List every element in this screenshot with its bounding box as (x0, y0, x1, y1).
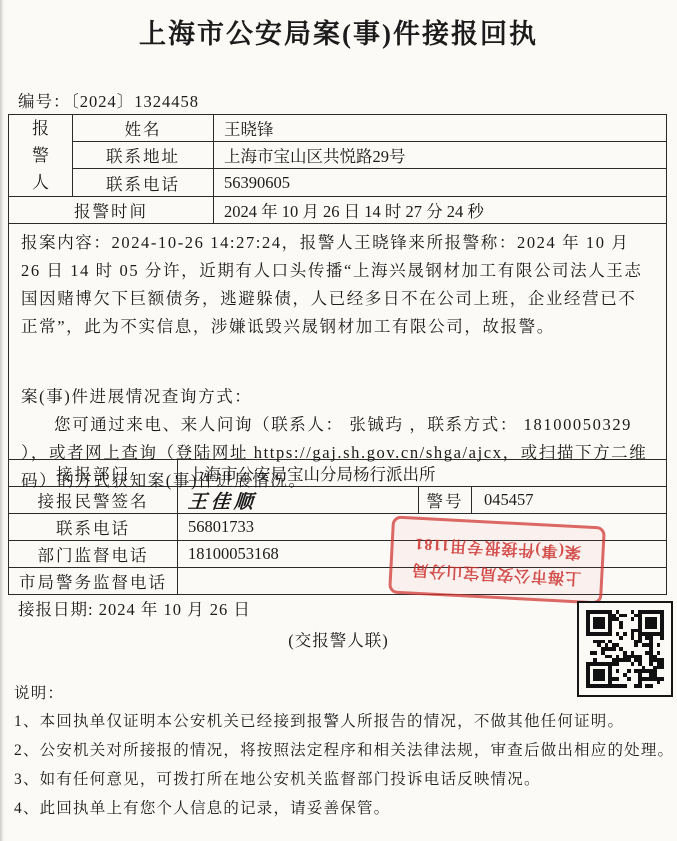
field-label-city-supervise: 市局警务监督电话 (9, 568, 178, 594)
notes-list: 1、本回执单仅证明本公安机关已经接到报警人所报告的情况，不做其他任何证明。 2、… (14, 712, 674, 819)
reporter-group-label: 报警人 (31, 115, 51, 196)
field-value-city-supervise (178, 568, 666, 594)
table-row: 联系地址 上海市宝山区共悦路29号 (73, 142, 666, 169)
field-value-dept-supervise: 18100053168 (178, 541, 666, 567)
field-value-badge: 045457 (472, 487, 666, 513)
field-label-officer: 接报民警签名 (9, 487, 178, 513)
query-method-title: 案(事)件进展情况查询方式： (21, 383, 654, 411)
qr-code (586, 610, 664, 688)
note-item: 2、公安机关对所接报的情况，将按照法定程序和相关法律法规，审查后做出相应的处理。 (14, 741, 674, 761)
field-label-report-time: 报警时间 (9, 197, 214, 223)
field-label-contact-phone: 联系电话 (9, 514, 178, 540)
field-label-phone: 联系电话 (73, 169, 214, 196)
reporter-section: 报警人 姓名 王晓锋 联系地址 上海市宝山区共悦路29号 联系电话 563906… (9, 115, 666, 196)
field-value-report-time: 2024 年 10 月 26 日 14 时 27 分 24 秒 (214, 197, 666, 223)
officer-signature: 王佳顺 (178, 487, 418, 513)
table-row-report-time: 报警时间 2024 年 10 月 26 日 14 时 27 分 24 秒 (9, 196, 666, 223)
field-value-name: 王晓锋 (214, 115, 666, 141)
notes-title: 说明： (14, 684, 674, 704)
field-value-dept: 上海市公安局宝山分局杨行派出所 (178, 460, 666, 486)
note-item: 1、本回执单仅证明本公安机关已经接到报警人所报告的情况，不做其他任何证明。 (14, 712, 674, 732)
field-label-badge: 警号 (418, 487, 472, 513)
field-value-address: 上海市宝山区共悦路29号 (214, 142, 666, 168)
case-content-cell: 报案内容：2024-10-26 14:27:24，报警人王晓锋来所报警称：202… (9, 223, 666, 459)
receipt-number-label: 编号： (18, 92, 71, 111)
field-value-contact-phone: 56801733 (178, 514, 666, 540)
field-label-name: 姓名 (73, 115, 214, 141)
reporter-group-cell: 报警人 (9, 115, 73, 196)
signature-text: 王佳顺 (187, 487, 258, 514)
reporter-rows: 姓名 王晓锋 联系地址 上海市宝山区共悦路29号 联系电话 56390605 (73, 115, 666, 196)
receipt-number-value: 〔2024〕1324458 (71, 92, 200, 111)
receipt-date: 接报日期: 2024 年 10 月 26 日 (18, 596, 251, 620)
table-row: 联系电话 56390605 (73, 169, 666, 196)
table-row-city-supervise: 市局警务监督电话 (9, 567, 666, 594)
copy-label: (交报警人联) (0, 627, 677, 651)
note-item: 4、此回执单上有您个人信息的记录，请妥善保管。 (14, 799, 674, 819)
document-title: 上海市公安局案(事)件接报回执 (0, 12, 677, 51)
notes-section: 说明： 1、本回执单仅证明本公安机关已经接到报警人所报告的情况，不做其他任何证明… (14, 684, 674, 828)
field-value-phone: 56390605 (214, 169, 666, 196)
note-item: 3、如有任何意见，可拨打所在地公安机关监督部门投诉电话反映情况。 (14, 770, 674, 790)
field-label-address: 联系地址 (73, 142, 214, 168)
table-row-dept: 接报部门 上海市公安局宝山分局杨行派出所 (9, 459, 666, 486)
receipt-number: 编号：〔2024〕1324458 (18, 88, 199, 112)
case-content-label: 报案内容： (21, 233, 112, 252)
field-label-dept-supervise: 部门监督电话 (9, 541, 178, 567)
police-receipt-document: 上海市公安局案(事)件接报回执 编号：〔2024〕1324458 报警人 姓名 … (0, 0, 677, 841)
qr-code-frame (577, 601, 673, 697)
main-table: 报警人 姓名 王晓锋 联系地址 上海市宝山区共悦路29号 联系电话 563906… (8, 114, 667, 595)
table-row-officer: 接报民警签名 王佳顺 警号 045457 (9, 486, 666, 513)
case-content-text: 报案内容：2024-10-26 14:27:24，报警人王晓锋来所报警称：202… (21, 229, 654, 341)
field-label-dept: 接报部门 (9, 460, 178, 486)
table-row-dept-supervise: 部门监督电话 18100053168 (9, 540, 666, 567)
table-row-contact-phone: 联系电话 56801733 (9, 513, 666, 540)
table-row: 姓名 王晓锋 (73, 115, 666, 142)
